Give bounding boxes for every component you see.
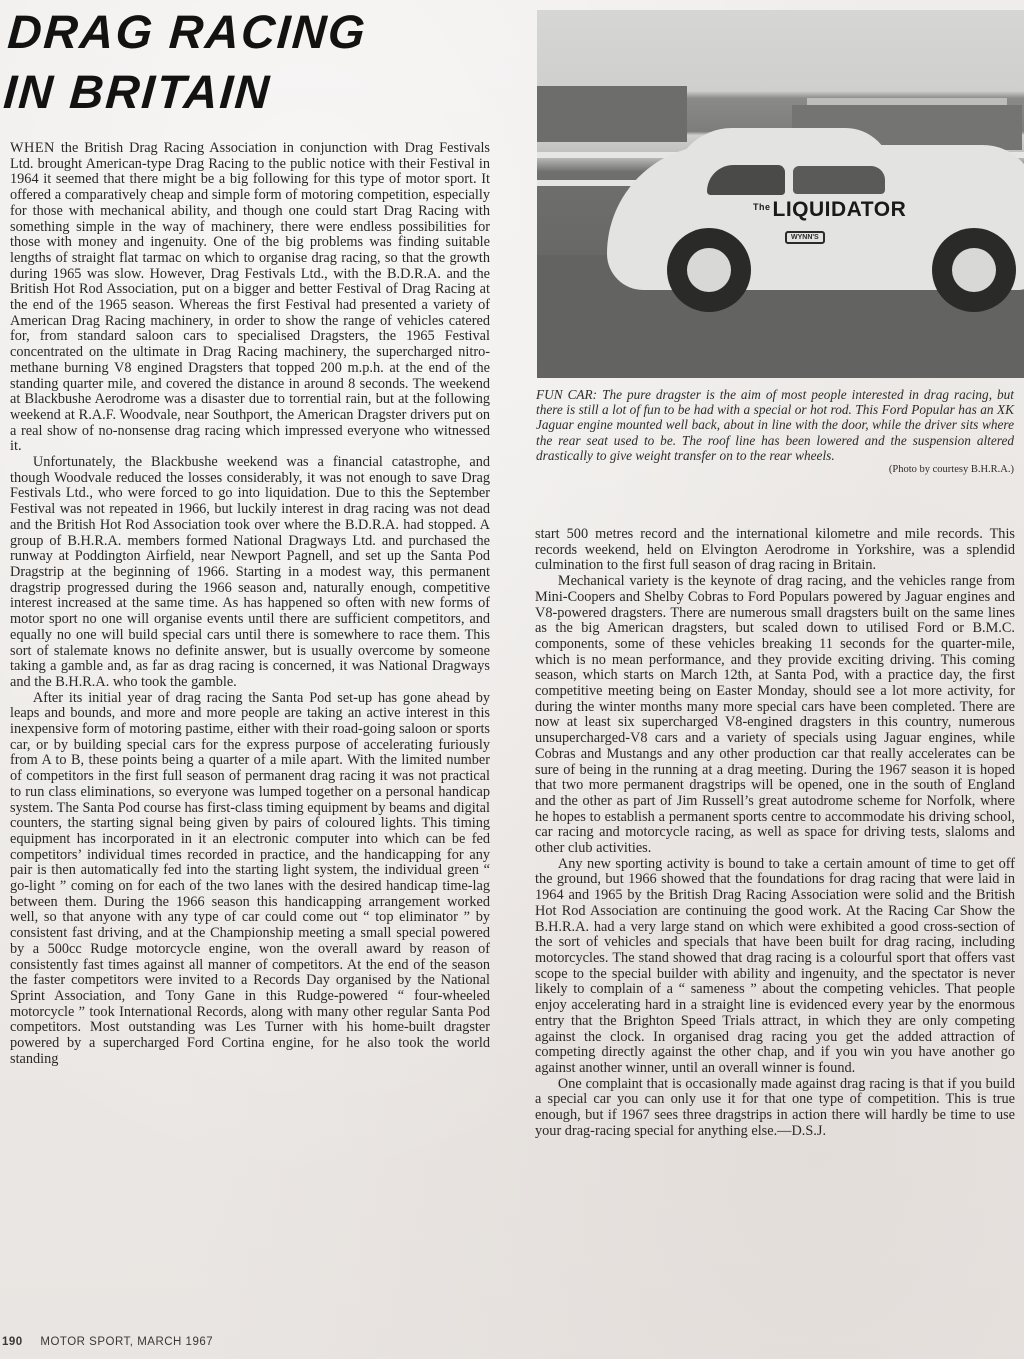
paragraph: Unfortunately, the Blackbushe weekend wa…	[10, 455, 490, 691]
photo-credit: (Photo by courtesy B.H.R.A.)	[536, 463, 1014, 476]
sponsor-badge: WYNN'S	[785, 231, 825, 244]
headline-line-2: IN BRITAIN	[2, 62, 365, 122]
paragraph: Mechanical variety is the keynote of dra…	[535, 574, 1015, 857]
car-photo: TheLIQUIDATOR WYNN'S	[537, 10, 1024, 378]
paragraph: Any new sporting activity is bound to ta…	[535, 857, 1015, 1077]
photo-building	[537, 86, 687, 142]
publication-line: MOTOR SPORT, MARCH 1967	[40, 1336, 213, 1348]
paragraph: WHEN the British Drag Racing Association…	[10, 141, 490, 455]
page-number: 190	[2, 1336, 23, 1348]
article-column-right: start 500 metres record and the internat…	[535, 527, 1015, 1139]
paragraph: One complaint that is occasionally made …	[535, 1077, 1015, 1140]
caption-text: FUN CAR: The pure dragster is the aim of…	[536, 387, 1014, 463]
car-livery-text: TheLIQUIDATOR	[753, 198, 906, 222]
headline-line-1: DRAG RACING	[6, 2, 369, 62]
paragraph: After its initial year of drag racing th…	[10, 691, 490, 1068]
drop-lead-word: WHEN	[10, 140, 55, 156]
article-headline: DRAG RACING IN BRITAIN	[2, 2, 369, 122]
car-wheel	[667, 228, 751, 312]
paragraph: start 500 metres record and the internat…	[535, 527, 1015, 574]
page-footer: 190 MOTOR SPORT, MARCH 1967	[2, 1336, 213, 1348]
article-column-left: WHEN the British Drag Racing Association…	[10, 141, 490, 1067]
photo-caption: FUN CAR: The pure dragster is the aim of…	[536, 387, 1014, 476]
car-window	[793, 166, 885, 194]
car-wheel	[932, 228, 1016, 312]
car-window	[707, 165, 785, 195]
